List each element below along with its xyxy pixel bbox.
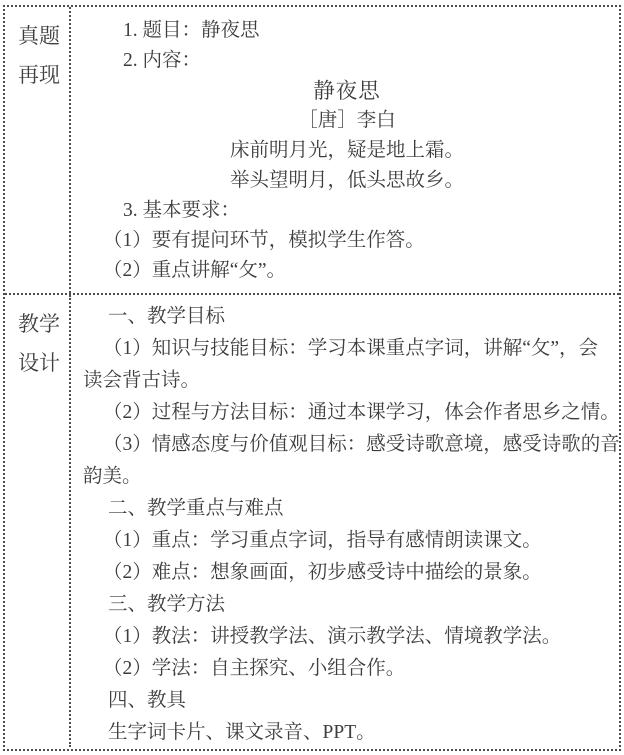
method-item: （1）教法：讲授教学法、演示教学法、情境教学法。	[83, 621, 611, 653]
requirement-item: （2）重点讲解“攵”。	[83, 256, 611, 286]
requirement-item: （1）要有提问环节，模拟学生作答。	[83, 226, 611, 256]
row-label-teaching-design: 教学 设计	[5, 295, 71, 747]
key-point-item: （1）重点：学习重点字词，指导有感情朗读课文。	[83, 525, 611, 557]
question-content-line: 2. 内容：	[83, 46, 611, 76]
objective-item: （1）知识与技能目标：学习本课重点字词，讲解“攵”，会	[83, 333, 611, 365]
poem-verse-line: 床前明月光，疑是地上霜。	[83, 136, 611, 166]
exam-review-table: 真题 再现 1. 题目：静夜思 2. 内容： 静夜思 ［唐］李白 床前明月光，疑…	[3, 5, 621, 751]
row-label-line: 教学	[18, 305, 69, 344]
row-label-line: 再现	[18, 56, 69, 95]
section-heading-aids: 四、教具	[83, 685, 611, 717]
method-item: （2）学法：自主探究、小组合作。	[83, 653, 611, 685]
section-heading-objectives: 一、教学目标	[83, 301, 611, 333]
section-heading-methods: 三、教学方法	[83, 589, 611, 621]
poem-verse-line: 举头望明月，低头思故乡。	[83, 166, 611, 196]
key-point-item: （2）难点：想象画面，初步感受诗中描绘的景象。	[83, 557, 611, 589]
exam-question-row: 真题 再现 1. 题目：静夜思 2. 内容： 静夜思 ［唐］李白 床前明月光，疑…	[5, 7, 619, 295]
row-label-line: 设计	[18, 344, 69, 383]
objective-item: （2）过程与方法目标：通过本课学习，体会作者思乡之情。	[83, 397, 611, 429]
basic-requirements-line: 3. 基本要求：	[83, 196, 611, 226]
objective-item: （3）情感态度与价值观目标：感受诗歌意境，感受诗歌的音	[83, 429, 611, 461]
poem-author: ［唐］李白	[83, 106, 611, 136]
teaching-aids-line: 生字词卡片、课文录音、PPT。	[83, 717, 611, 747]
section-heading-key-points: 二、教学重点与难点	[83, 493, 611, 525]
objective-item-wrap: 读会背古诗。	[83, 365, 611, 397]
poem-title: 静夜思	[83, 76, 611, 106]
exam-question-content: 1. 题目：静夜思 2. 内容： 静夜思 ［唐］李白 床前明月光，疑是地上霜。 …	[71, 7, 619, 293]
teaching-design-content: 一、教学目标 （1）知识与技能目标：学习本课重点字词，讲解“攵”，会 读会背古诗…	[71, 295, 619, 747]
row-label-line: 真题	[18, 17, 69, 56]
row-label-exam-reproduction: 真题 再现	[5, 7, 71, 293]
question-title-line: 1. 题目：静夜思	[83, 16, 611, 46]
teaching-design-row: 教学 设计 一、教学目标 （1）知识与技能目标：学习本课重点字词，讲解“攵”，会…	[5, 295, 619, 747]
objective-item-wrap: 韵美。	[83, 461, 611, 493]
